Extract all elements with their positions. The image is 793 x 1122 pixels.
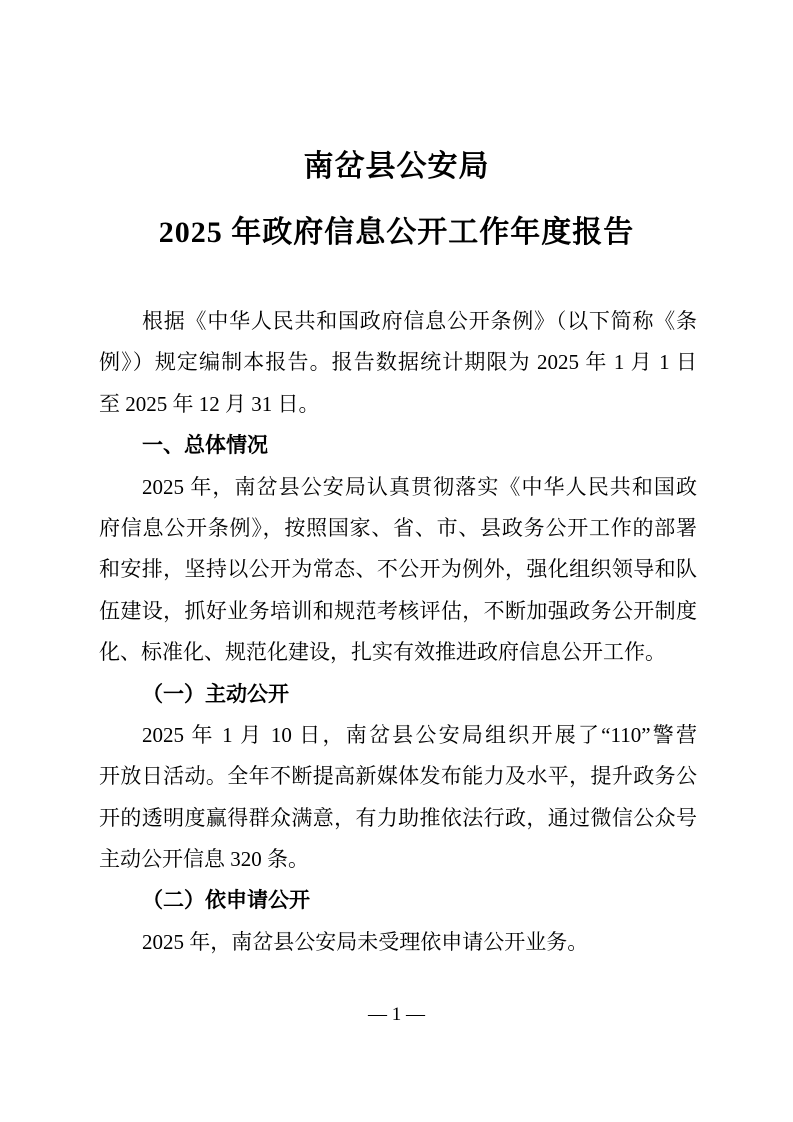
paragraph-line: 主动公开信息 320 条。: [99, 839, 697, 880]
paragraph-line: 根据《中华人民共和国政府信息公开条例》（以下简称《条: [99, 301, 697, 342]
paragraph-line: 2025 年，南岔县公安局未受理依申请公开业务。: [99, 922, 697, 963]
paragraph-line: 2025 年，南岔县公安局认真贯彻落实《中华人民共和国政: [99, 467, 697, 508]
paragraph-line: 例》）规定编制本报告。报告数据统计期限为 2025 年 1 月 1 日: [99, 342, 697, 383]
paragraph-line: 伍建设，抓好业务培训和规范考核评估，不断加强政务公开制度: [99, 591, 697, 632]
document-body: 根据《中华人民共和国政府信息公开条例》（以下简称《条例》）规定编制本报告。报告数…: [99, 301, 697, 963]
page-number: — 1 —: [0, 1001, 793, 1029]
paragraph-line: 府信息公开条例》，按照国家、省、市、县政务公开工作的部署: [99, 508, 697, 549]
subsection-heading: （二）依申请公开: [99, 880, 697, 921]
paragraph-line: 至 2025 年 12 月 31 日。: [99, 384, 697, 425]
paragraph-line: 开放日活动。全年不断提高新媒体发布能力及水平，提升政务公: [99, 756, 697, 797]
doc-title-line2: 2025 年政府信息公开工作年度报告: [0, 216, 793, 250]
paragraph-line: 2025 年 1 月 10 日，南岔县公安局组织开展了“110”警营: [99, 715, 697, 756]
paragraph-line: 和安排，坚持以公开为常态、不公开为例外，强化组织领导和队: [99, 549, 697, 590]
subsection-heading: （一）主动公开: [99, 674, 697, 715]
document-page: 南岔县公安局 2025 年政府信息公开工作年度报告 根据《中华人民共和国政府信息…: [0, 0, 793, 1122]
paragraph-line: 开的透明度赢得群众满意，有力助推依法行政，通过微信公众号: [99, 798, 697, 839]
section-heading: 一、总体情况: [99, 425, 697, 466]
doc-title-line1: 南岔县公安局: [0, 150, 793, 184]
paragraph-line: 化、标准化、规范化建设，扎实有效推进政府信息公开工作。: [99, 632, 697, 673]
